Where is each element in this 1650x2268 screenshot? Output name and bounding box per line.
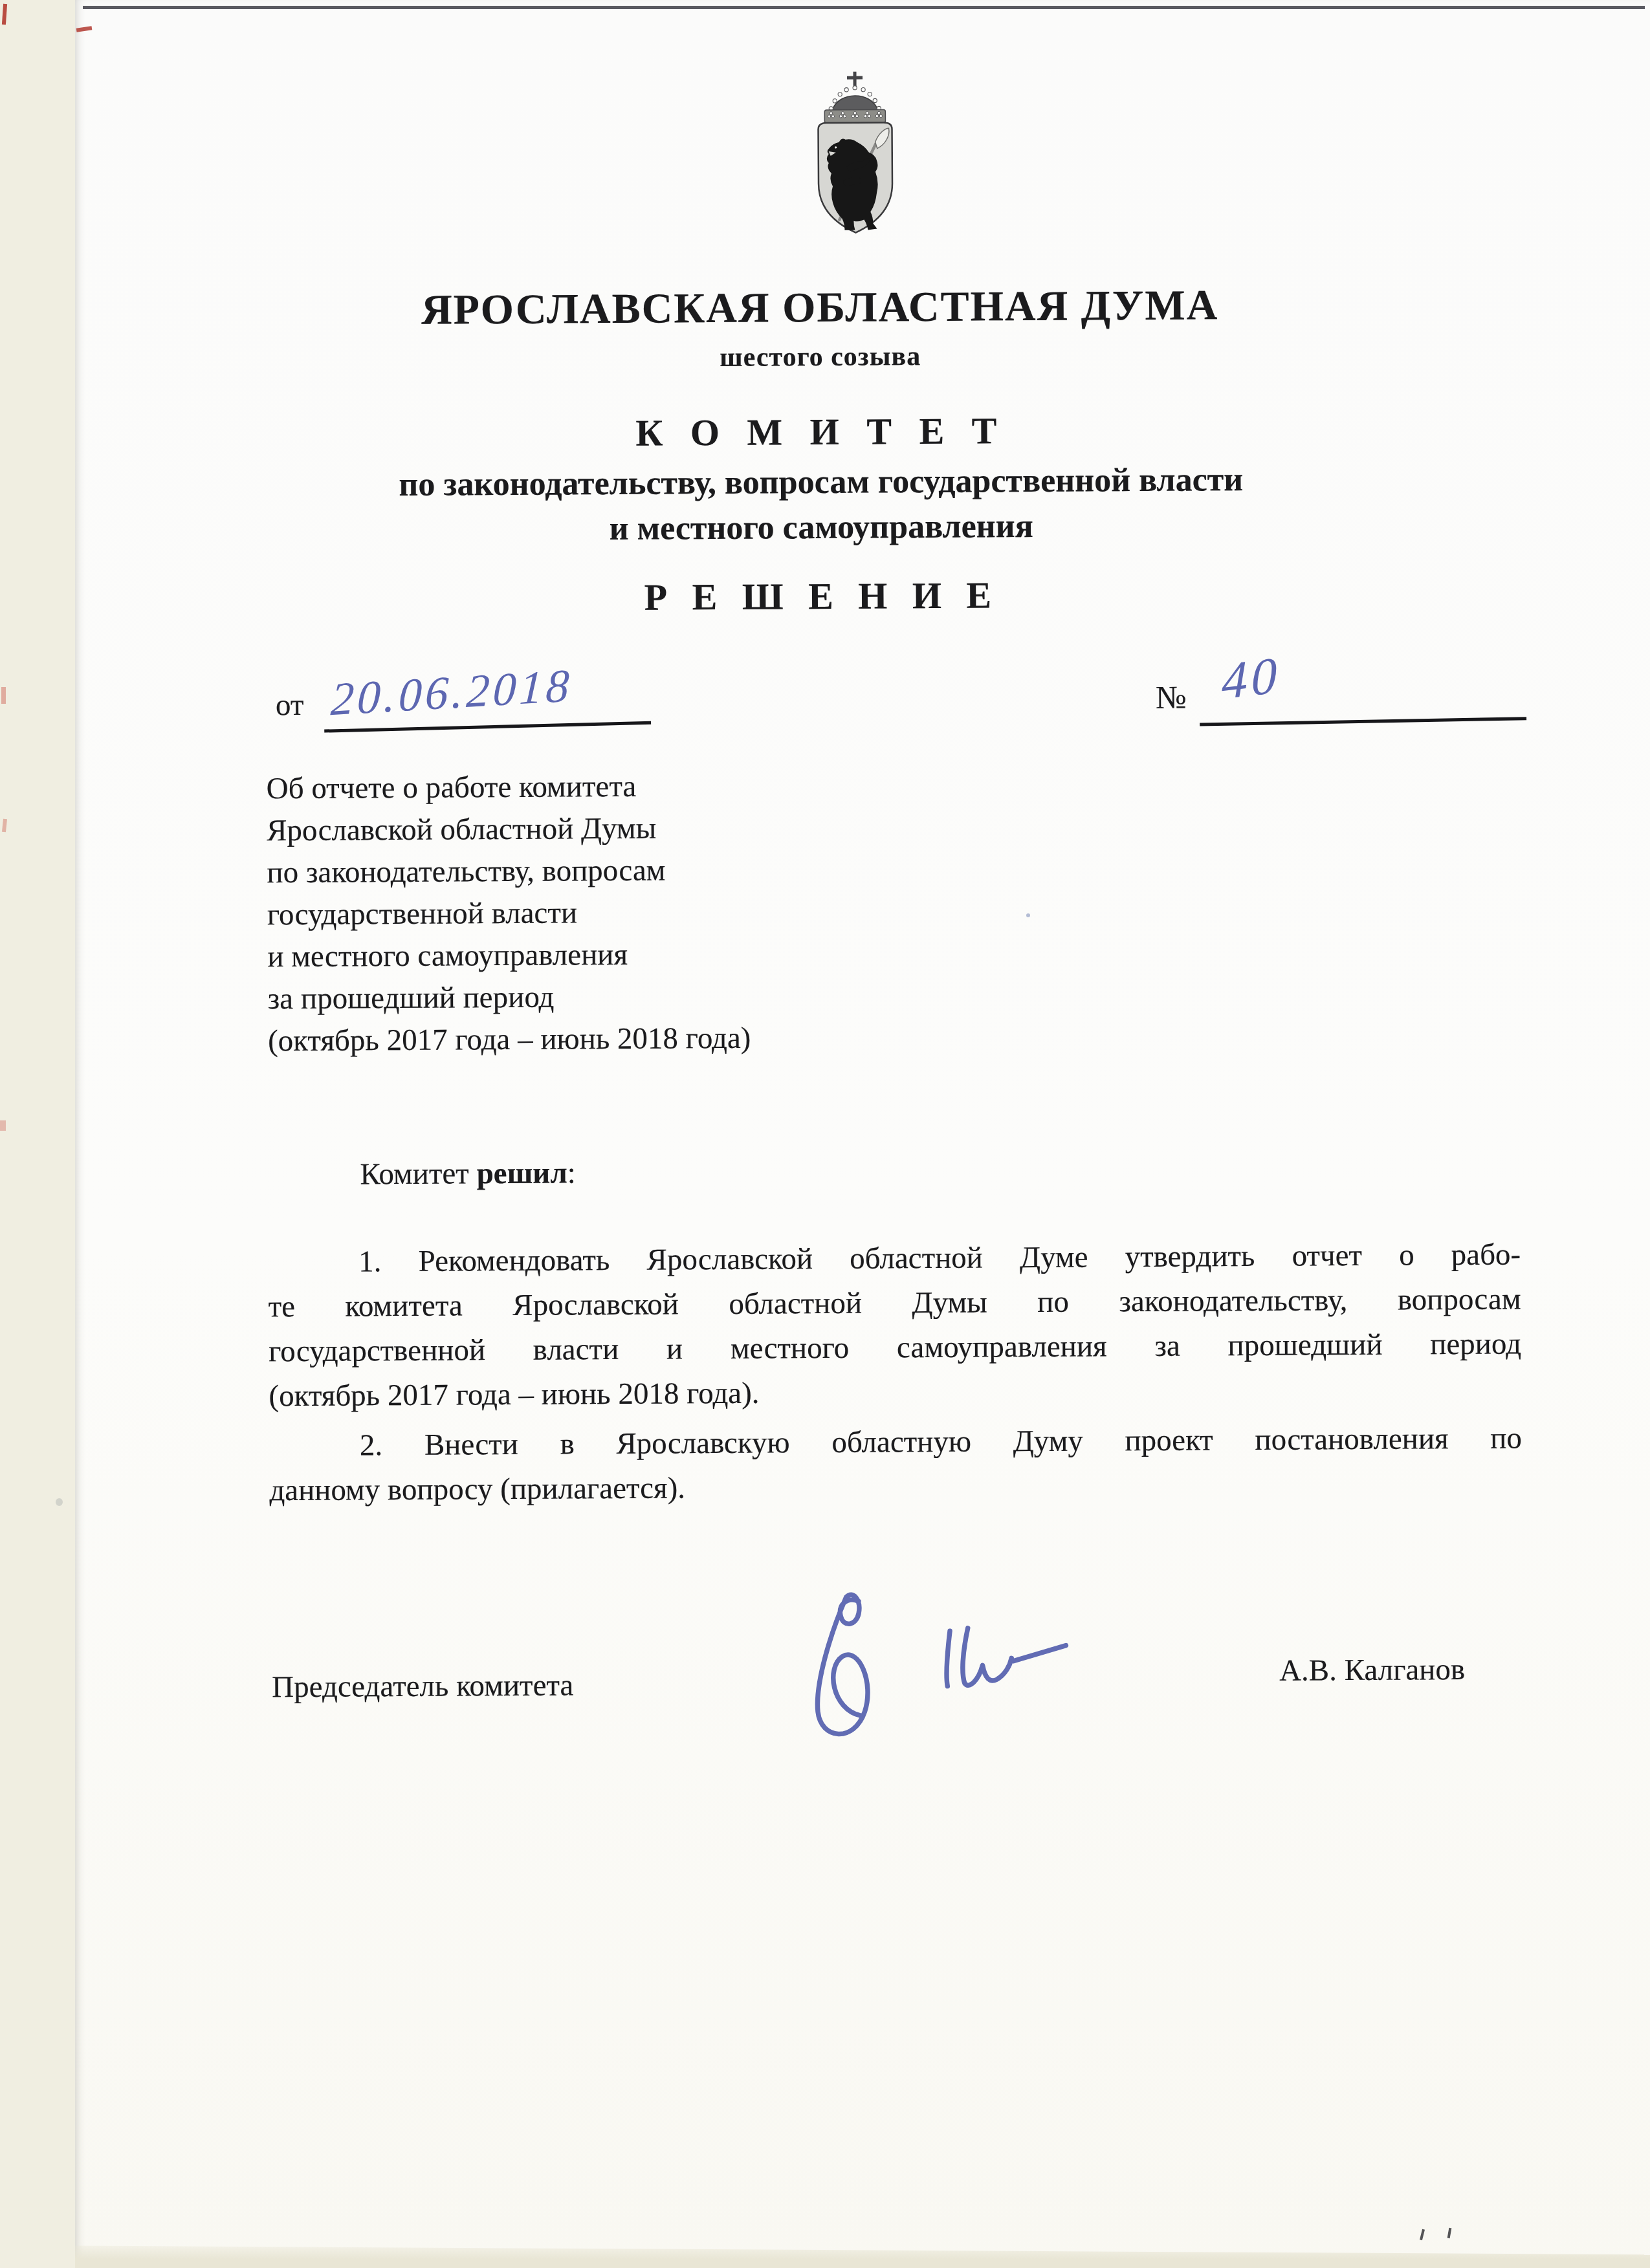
paragraph-line: государственной власти и местного самоуп… xyxy=(269,1322,1521,1374)
scan-smudge xyxy=(56,1498,63,1506)
signatory-position: Председатель комитета xyxy=(272,1668,574,1705)
subject-line: (октябрь 2017 года – июнь 2018 года) xyxy=(268,1016,1012,1062)
signatory-name: А.В. Калганов xyxy=(1279,1652,1465,1688)
paragraph-line: данному вопросу (прилагается). xyxy=(269,1461,1522,1513)
resolution-verb-bold: решил xyxy=(476,1156,567,1190)
paragraph-line: 1. Рекомендовать Ярославской областной Д… xyxy=(268,1232,1521,1285)
scan-speck xyxy=(1026,913,1030,917)
convocation-subtitle: шестого созыва xyxy=(0,336,1645,378)
document-page: ЯРОСЛАВСКАЯ ОБЛАСТНАЯ ДУМА шестого созыв… xyxy=(0,0,1650,2268)
scan-red-mark xyxy=(0,1120,6,1131)
handwritten-date: 20.06.2018 xyxy=(329,653,668,727)
resolution-word: Комитет xyxy=(360,1157,469,1191)
committee-heading: К О М И Т Е Т xyxy=(0,405,1646,459)
committee-name-line2: и местного самоуправления xyxy=(0,503,1646,552)
scan-red-mark xyxy=(1,687,6,704)
handwritten-number: 40 xyxy=(1222,646,1281,712)
document-type-heading: Р Е Ш Е Н И Е xyxy=(0,569,1647,623)
date-label: от xyxy=(276,688,304,723)
subject-line: Об отчете о работе комитета xyxy=(267,763,1011,810)
yaroslavl-coat-of-arms-icon xyxy=(806,69,905,245)
committee-name-line1: по законодательству, вопросам государств… xyxy=(0,458,1646,507)
decision-document: ЯРОСЛАВСКАЯ ОБЛАСТНАЯ ДУМА шестого созыв… xyxy=(0,0,1650,2268)
subject-line: государственной власти xyxy=(267,889,1011,936)
subject-line: Ярославской областной Думы xyxy=(267,805,1011,852)
resolution-colon: : xyxy=(567,1156,576,1190)
paragraph-line: те комитета Ярославской областной Думы п… xyxy=(268,1277,1521,1329)
paragraph-2: 2. Внести в Ярославскую областную Думу п… xyxy=(269,1416,1523,1513)
subject-line: и местного самоуправления xyxy=(267,932,1011,978)
paragraph-line: 2. Внести в Ярославскую областную Думу п… xyxy=(269,1416,1522,1468)
number-label: № xyxy=(1156,679,1187,716)
subject-block: Об отчете о работе комитета Ярославской … xyxy=(267,763,1013,1062)
resolution-intro: Комитет решил: xyxy=(360,1155,576,1192)
subject-line: по законодательству, вопросам xyxy=(267,847,1011,894)
number-underline xyxy=(1200,717,1526,726)
subject-line: за прошедший период xyxy=(268,974,1012,1020)
handwritten-signature xyxy=(734,1564,1097,1772)
paragraph-1: 1. Рекомендовать Ярославской областной Д… xyxy=(268,1232,1522,1419)
organization-title: ЯРОСЛАВСКАЯ ОБЛАСТНАЯ ДУМА xyxy=(0,278,1645,338)
paragraph-line: (октябрь 2017 года – июнь 2018 года). xyxy=(269,1366,1521,1419)
